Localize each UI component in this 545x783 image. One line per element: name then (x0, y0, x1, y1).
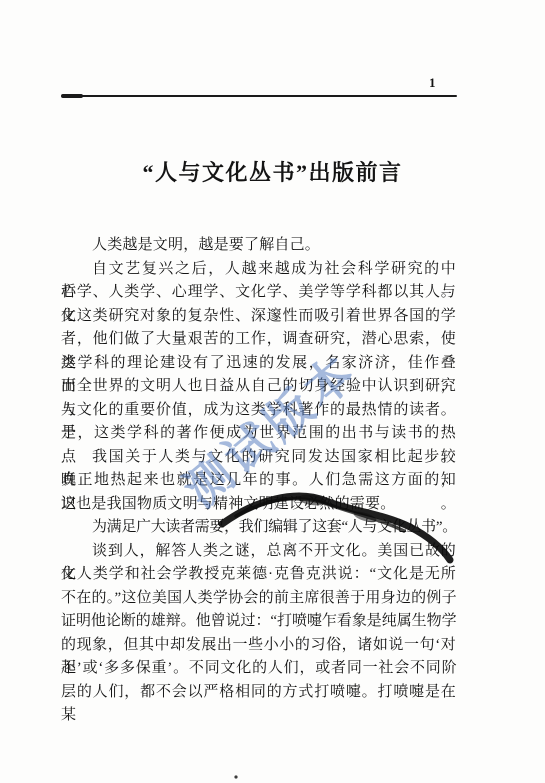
text-line: 是，这类学科的著作便成为世界范围的出书与读书的热点。 (61, 422, 456, 446)
text-line: 证明他论断的雄辩。他曾说过：“打喷嚏乍看象是纯属生物学 (61, 610, 456, 634)
text-line: 化这类研究对象的复杂性、深邃性而吸引着世界各国的学 (61, 305, 456, 329)
page-number: 1 (429, 75, 436, 91)
text-line: 化人类学和社会学教授克莱德·克鲁克洪说：“文化是无所 (61, 563, 456, 587)
text-line: 真正地热起来也就是这几年的事。人们急需这方面的知识。 (61, 469, 456, 493)
text-line: 的现象，但其中却发展出一些小小的习俗，诸如说一句‘对不 (61, 634, 456, 658)
header-rule (71, 95, 457, 97)
text-line: 起’或‘多多保重’。不同文化的人们，或者同一社会不同阶 (61, 657, 456, 681)
text-line: 谈到人，解答人类之谜，总离不开文化。美国已故的文 (61, 540, 456, 564)
text-line: 哲学、人类学、心理学、文化学、美学等学科都以其人与文 (61, 281, 456, 305)
text-line: 类学科的理论建设有了迅速的发展，名家济济，佳作叠出， (61, 352, 456, 376)
text-line: 与文化的重要价值，成为这类学科著作的最热情的读者。于 (61, 399, 456, 423)
text-line: 人类越是文明，越是要了解自己。 (61, 234, 456, 258)
text-line: 层的人们，都不会以严格相同的方式打喷嚏。打喷嚏是在某 (61, 681, 456, 705)
text-line: 自文艺复兴之后，人越来越成为社会科学研究的中心。 (61, 258, 456, 282)
text-line: 为满足广大读者需要，我们编辑了这套“人与文化丛书”。 (61, 516, 456, 540)
text-line: 而全世界的文明人也日益从自己的切身经验中认识到研究人 (61, 375, 456, 399)
text-line: 者，他们做了大量艰苦的工作，调查研究，潜心思索，使这 (61, 328, 456, 352)
text-line: 不在的。”这位美国人类学协会的前主席很善于用身边的例子 (61, 587, 456, 611)
page-title: “人与文化丛书”出版前言 (0, 159, 545, 187)
scanned-book-page: 1 “人与文化丛书”出版前言 人类越是文明，越是要了解自己。 自文艺复兴之后，人… (0, 0, 545, 783)
body-text: 人类越是文明，越是要了解自己。 自文艺复兴之后，人越来越成为社会科学研究的中心。… (61, 234, 456, 704)
text-line: 我国关于人类与文化的研究同发达国家相比起步较晚， (61, 446, 456, 470)
